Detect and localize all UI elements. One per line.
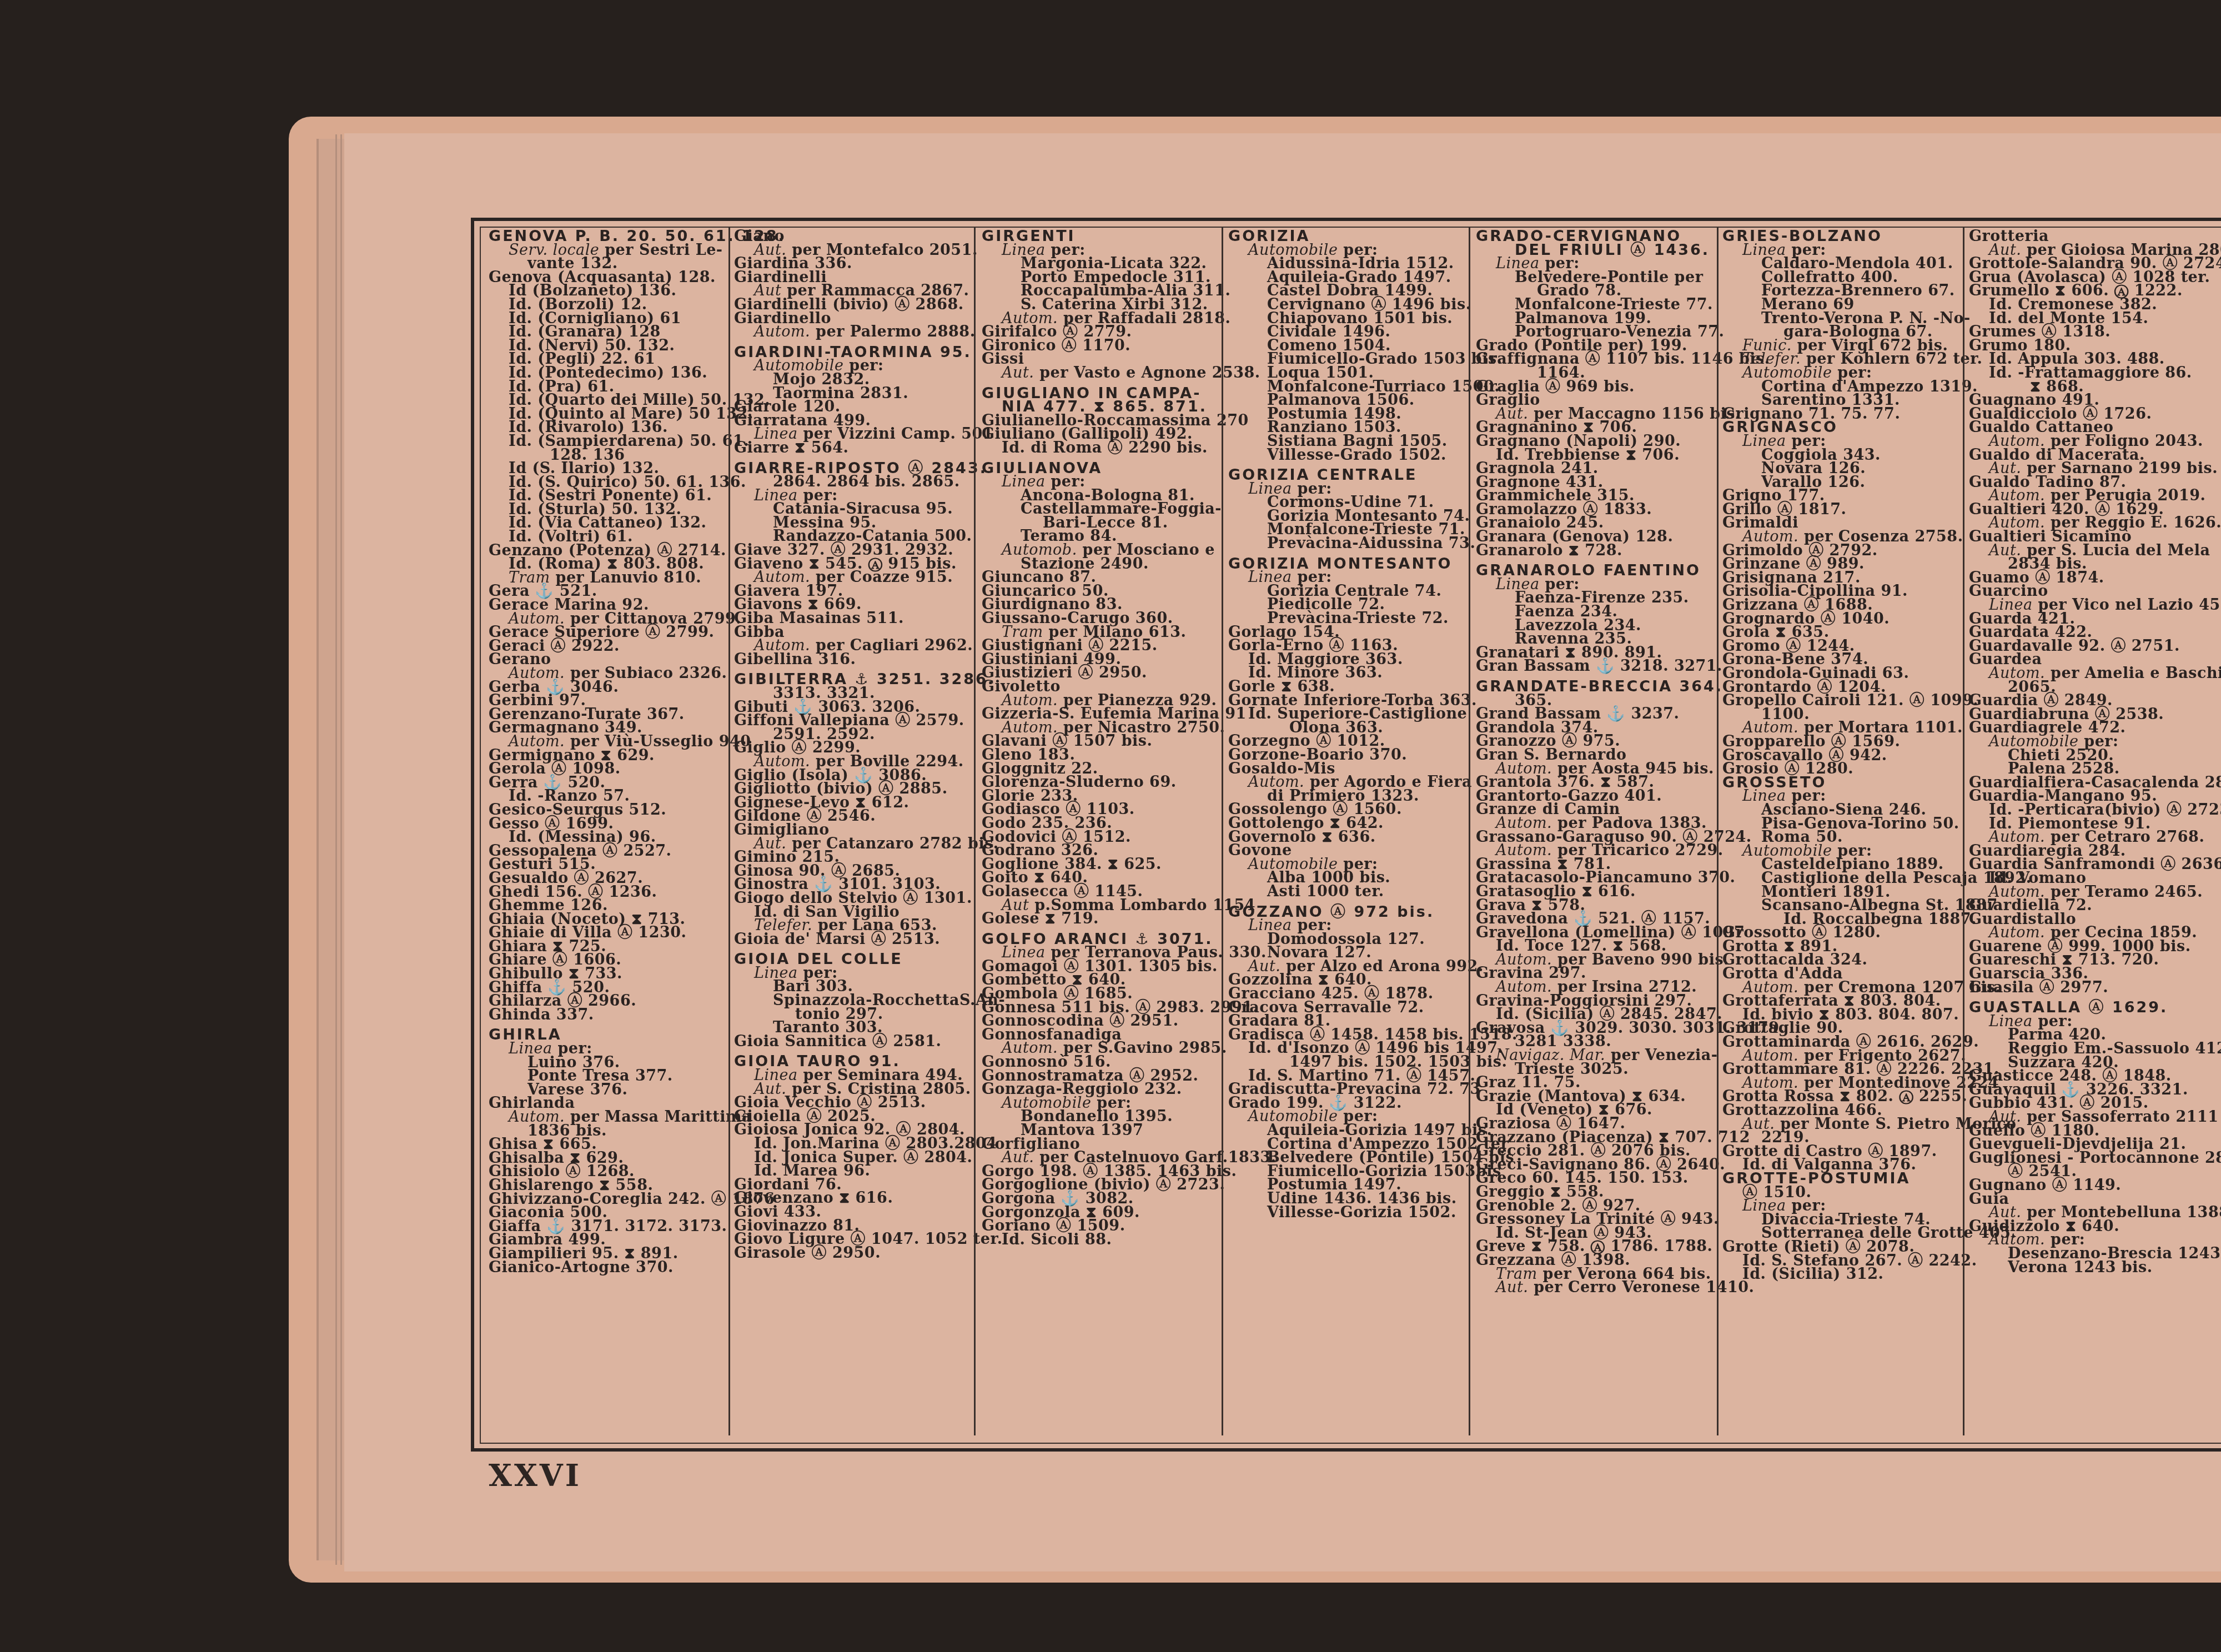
index-entry: Aut. per Cerro Veronese 1410. — [1476, 1281, 1712, 1295]
index-entry: Gibellina 316. — [734, 653, 970, 667]
index-entry: Villesse-Gorizia 1502. — [1228, 1206, 1464, 1220]
column-divider — [974, 228, 976, 1435]
index-entry: Granarolo ⧗ 728. — [1476, 544, 1712, 558]
column-5: GRADO-CERVIGNANODEL FRIULI Ⓐ 1436.Linea … — [1476, 230, 1712, 1435]
column-7: GrotteriaAut. per Gioiosa Marina 2803Gro… — [1969, 230, 2213, 1435]
index-entry: Graffignana Ⓐ 1107 bis. 1146 bis. — [1476, 353, 1712, 366]
index-entry: Asti 1000 ter. — [1228, 885, 1464, 899]
index-entry: Golese ⧗ 719. — [982, 912, 1218, 926]
column-divider — [1222, 228, 1223, 1435]
column-6: GRIES-BOLZANOLinea per:Caldaro-Mendola 4… — [1722, 230, 1958, 1435]
index-entry: Aut. per Monte S. Pietro Morico — [1722, 1118, 1958, 1132]
column-divider — [1963, 228, 1964, 1435]
index-entry: Gran Bassam ⚓ 3218. 3271. — [1476, 660, 1712, 674]
column-2: GianoAut. per Montefalco 2051.Giardina 3… — [734, 230, 970, 1435]
index-entry: Gianico-Artogne 370. — [489, 1261, 725, 1275]
index-entry: Autom. per Amelia e Baschi — [1969, 667, 2213, 681]
index-entry: Villesse-Grado 1502. — [1228, 449, 1464, 463]
column-3: GIRGENTILinea per:Margonia-Licata 322.Po… — [982, 230, 1218, 1435]
index-entry: Gioia Sannitica Ⓐ 2581. — [734, 1035, 970, 1049]
column-divider — [1469, 228, 1470, 1435]
index-entry: Aut. per Vasto e Agnone 2538. — [982, 366, 1218, 380]
index-entry: Ghinda 337. — [489, 1008, 725, 1022]
index-entry: Id. -Frattamaggiore 86. — [1969, 366, 2213, 380]
page-number: XXVI — [489, 1458, 581, 1493]
index-entry: Autom. per Palermo 2888. — [734, 325, 970, 339]
index-entry: Id. di Roma Ⓐ 2290 bis. — [982, 441, 1218, 455]
index-entry: Verona 1243 bis. — [1969, 1261, 2213, 1275]
column-4: GORIZIAAutomobile per:Aidussina-Idria 15… — [1228, 230, 1464, 1435]
column-divider — [728, 228, 730, 1435]
index-entry: Gropello Cairoli 121. Ⓐ 1099. — [1722, 694, 1958, 708]
index-entry: Aut. per S. Lucia del Mela — [1969, 544, 2213, 558]
column-divider — [1717, 228, 1718, 1435]
index-entry: Girasole Ⓐ 2950. — [734, 1247, 970, 1261]
column-1: GENOVA P. B. 20. 50. 61. 128.Serv. local… — [489, 230, 725, 1435]
index-entry: Giarre ⧗ 564. — [734, 441, 970, 455]
index-entry: Id. Sicoli 88. — [982, 1233, 1218, 1247]
index-entry: Id. (Sicilia) 312. — [1722, 1268, 1958, 1282]
index-entry: Guglionesi - Portocannone 283. — [1969, 1152, 2213, 1166]
index-entry: Prevàcina-Aidussina 73. — [1228, 537, 1464, 551]
index-entry: Gioia de' Marsi Ⓐ 2513. — [734, 933, 970, 947]
station-heading: GRANDATE-BRECCIA 364. — [1476, 680, 1712, 694]
index-entry: Guasila Ⓐ 2977. — [1969, 981, 2213, 995]
